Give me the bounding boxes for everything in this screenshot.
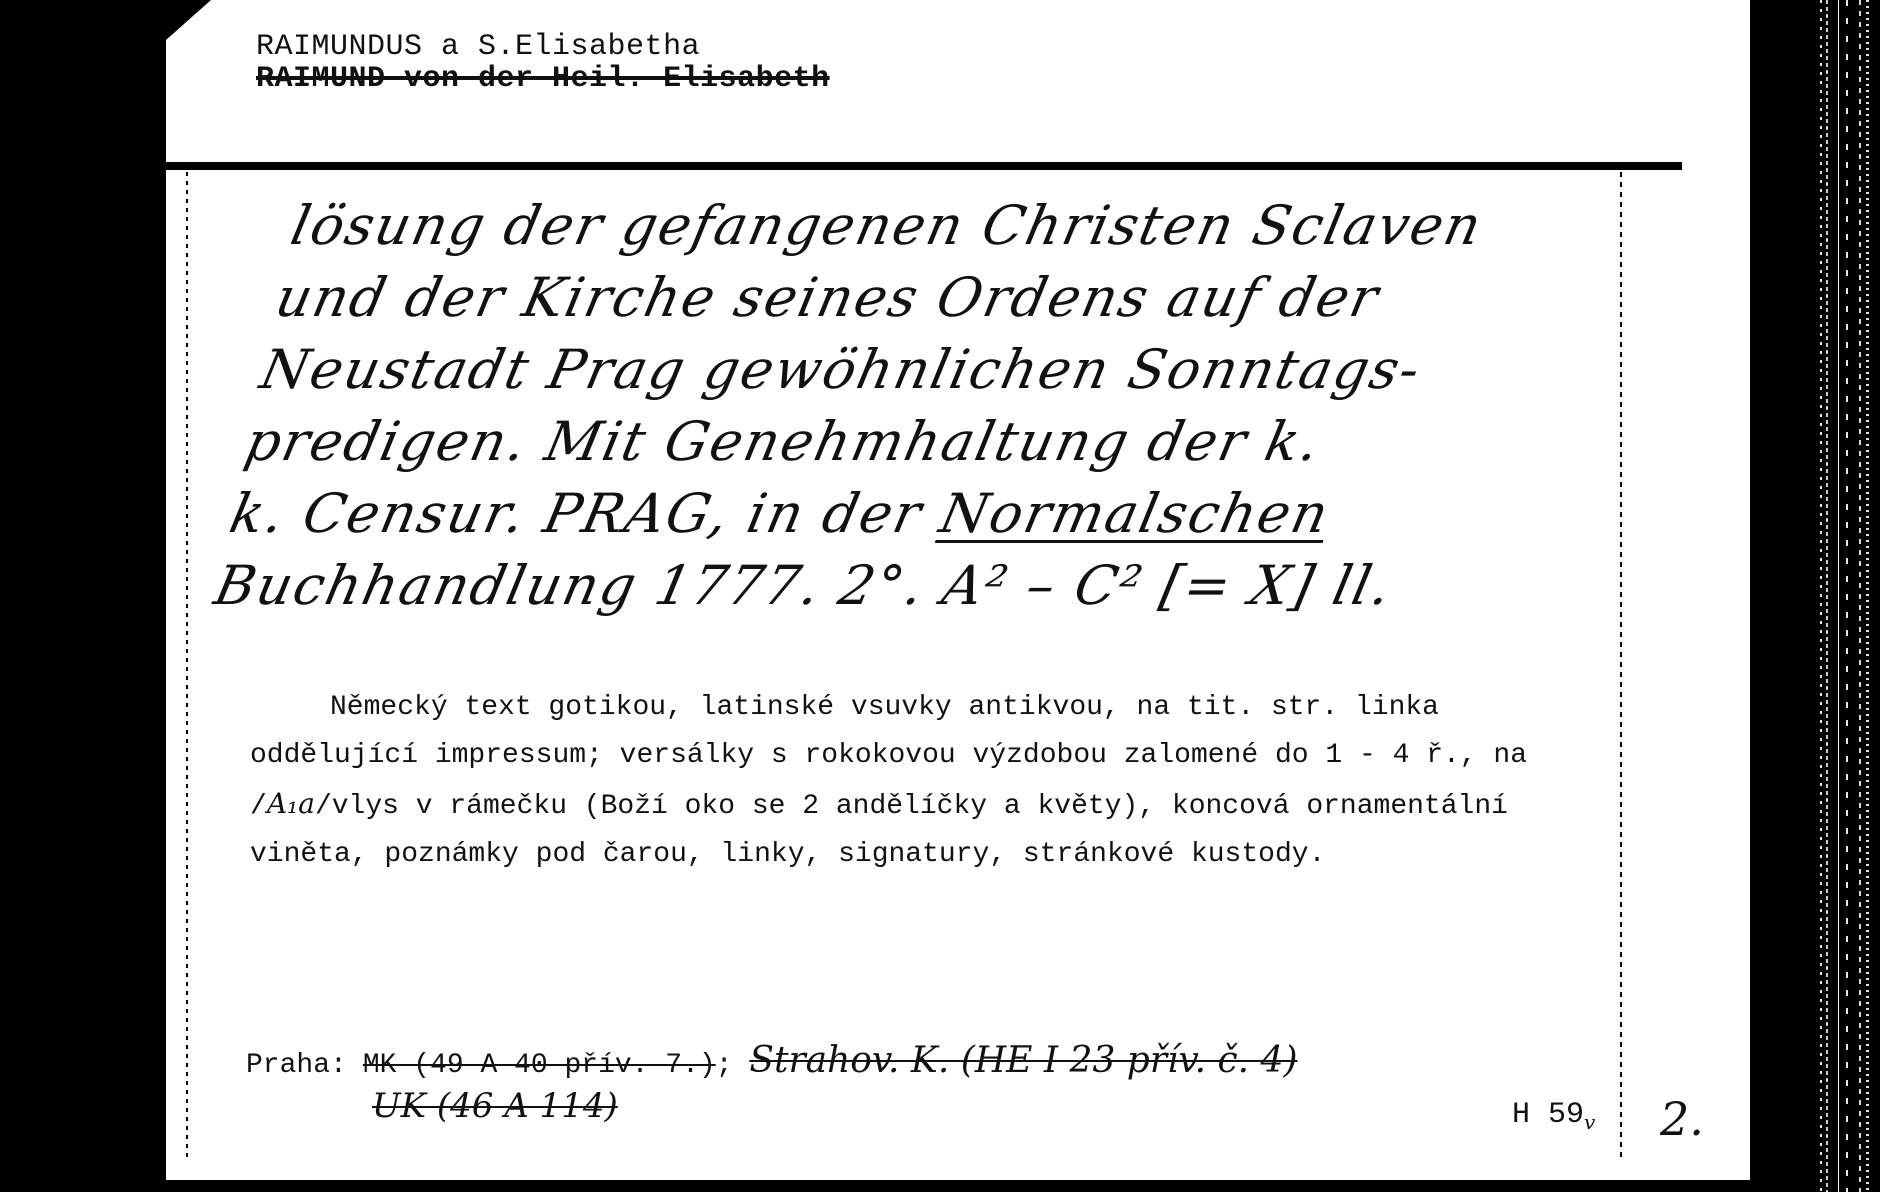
struck-heading: RAIMUND von der Heil. Elisabeth <box>256 62 830 96</box>
holding-mk: MK (49 A 40 přív. 7.) <box>363 1050 716 1081</box>
handwritten-insert: A₁a <box>267 787 315 820</box>
holdings-line: Praha:MK (49 A 40 přív. 7.); Strahov. K.… <box>246 1040 1298 1081</box>
description-paragraph: Německý text gotikou, latinské vsuvky an… <box>250 684 1620 879</box>
holding-separator: ; <box>716 1050 733 1081</box>
physical-description: Německý text gotikou, latinské vsuvky an… <box>250 684 1620 879</box>
handwritten-line: Neustadt Prag gewöhnlichen Sonntags- <box>254 334 1629 406</box>
heading-rule <box>166 162 1682 170</box>
handwritten-line: k. Censur. PRAG, in der Normalschen <box>223 478 1598 550</box>
handwritten-title-transcription: lösung der gefangenen Christen Sclaven u… <box>208 190 1660 622</box>
card-number: 2. <box>1660 1092 1704 1146</box>
card-heading: RAIMUNDUS a S.Elisabetha <box>256 30 700 64</box>
underlined-word: Normalschen <box>935 482 1336 545</box>
description-text-end: /vlys v rámečku (Boží oko se 2 andělíčky… <box>250 791 1508 870</box>
holdings-label: Praha: <box>246 1050 347 1081</box>
handwritten-line: Buchhandlung 1777. 2°. A² – C² [= X] ll. <box>208 550 1583 622</box>
handwritten-line: predigen. Mit Genehmhaltung der k. <box>239 406 1614 478</box>
scan-edge-streaks <box>1750 0 1880 1192</box>
handwritten-line: lösung der gefangenen Christen Sclaven <box>285 190 1660 262</box>
handwritten-line: und der Kirche seines Ordens auf der <box>269 262 1644 334</box>
shelfmark-suffix: v <box>1584 1110 1595 1134</box>
shelfmark: H 59v <box>1512 1098 1595 1134</box>
left-margin-line <box>186 172 188 1157</box>
holding-uk: UK (46 A 114) <box>372 1086 618 1126</box>
holding-strahov: Strahov. K. (HE I 23 přív. č. 4) <box>749 1040 1297 1081</box>
shelfmark-code: H 59 <box>1512 1098 1584 1132</box>
